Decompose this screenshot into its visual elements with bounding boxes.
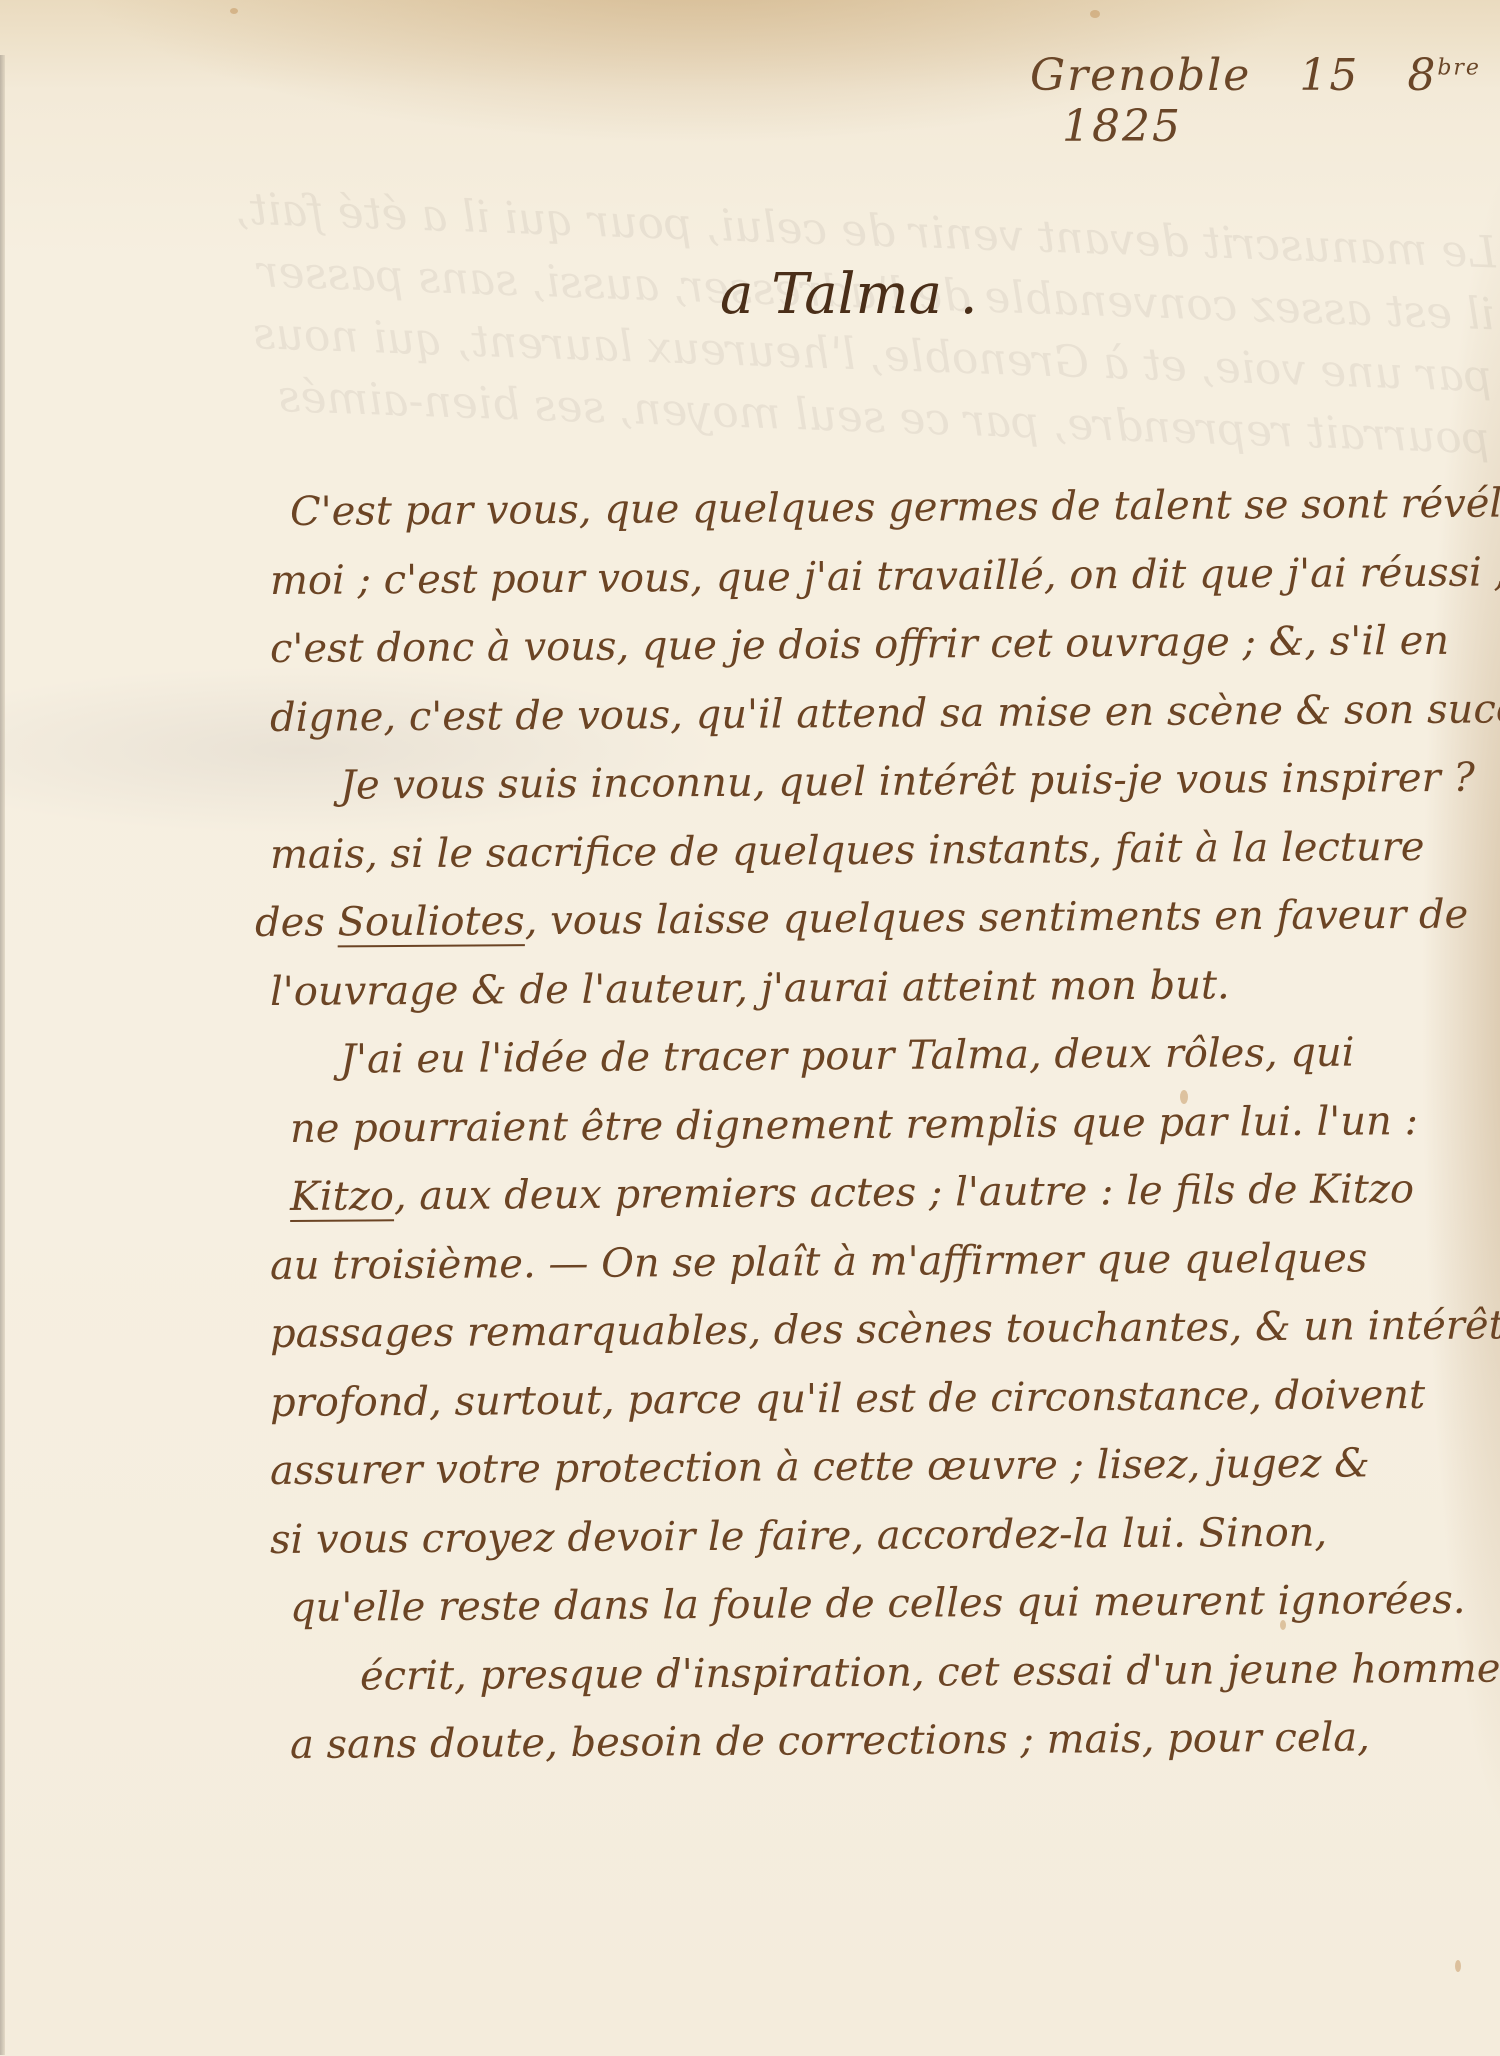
letter-line-souliotes: des Souliotes, vous laisse quelques sent…: [255, 880, 1490, 957]
letter-line: au troisième. — On se plaît à m'affirmer…: [270, 1223, 1490, 1300]
letter-line: si vous croyez devoir le faire, accordez…: [270, 1497, 1490, 1574]
page-left-edge: [0, 55, 5, 2055]
letter-line: écrit, presque d'inspiration, cet essai …: [290, 1634, 1490, 1711]
letter-line: des Souliotes, vous laisse quelques sent…: [255, 892, 1469, 946]
paper-stain: [1455, 1960, 1461, 1972]
dateline-day: 15: [1299, 50, 1359, 101]
letter-line: ne pourraient être dignement remplis que…: [290, 1086, 1490, 1163]
letter-line: a sans doute, besoin de corrections ; ma…: [290, 1703, 1490, 1780]
letter-line: moi ; c'est pour vous, que j'ai travaill…: [270, 538, 1490, 615]
dateline-place: Grenoble: [1030, 50, 1251, 101]
letter-line: C'est par vous, que quelques germes de t…: [290, 470, 1490, 547]
dateline-month-suffix: bre: [1437, 55, 1481, 80]
salutation: a Talma .: [720, 262, 978, 327]
paper-stain: [230, 8, 238, 14]
paper-stain: [1180, 1090, 1188, 1104]
letter-line: Kitzo, aux deux premiers actes ; l'autre…: [290, 1155, 1490, 1232]
bleed-through-line: pourrait reprendre, par ce seul moyen, s…: [210, 364, 1491, 471]
letter-line: digne, c'est de vous, qu'il attend sa mi…: [270, 675, 1490, 752]
paper-stain: [1090, 10, 1100, 18]
underlined-term: Souliotes: [337, 898, 525, 945]
letter-body: C'est par vous, que quelques germes de t…: [290, 478, 1490, 1780]
dateline: Grenoble 15 8bre 1825: [1030, 50, 1500, 152]
letter-line: profond, surtout, parce qu'il est de cir…: [270, 1360, 1490, 1437]
letter-line: qu'elle reste dans la foule de celles qu…: [290, 1566, 1490, 1643]
letter-line: mais, si le sacrifice de quelques instan…: [270, 812, 1490, 889]
manuscript-page: Le manuscrit devant venir de celui, pour…: [0, 0, 1500, 2056]
letter-line: assurer votre protection à cette œuvre ;…: [270, 1428, 1490, 1505]
dateline-year: 1825: [1062, 101, 1182, 152]
letter-line: Je vous suis inconnu, quel intérêt puis-…: [290, 744, 1490, 821]
letter-line: l'ouvrage & de l'auteur, j'aurai atteint…: [270, 949, 1490, 1026]
dateline-month: 8: [1407, 50, 1437, 101]
underlined-term: Kitzo: [290, 1173, 394, 1220]
paper-stain: [1280, 1620, 1286, 1630]
letter-line: c'est donc à vous, que je dois offrir ce…: [270, 606, 1490, 683]
letter-line: J'ai eu l'idée de tracer pour Talma, deu…: [290, 1018, 1490, 1095]
letter-line: passages remarquables, des scènes toucha…: [270, 1291, 1490, 1368]
